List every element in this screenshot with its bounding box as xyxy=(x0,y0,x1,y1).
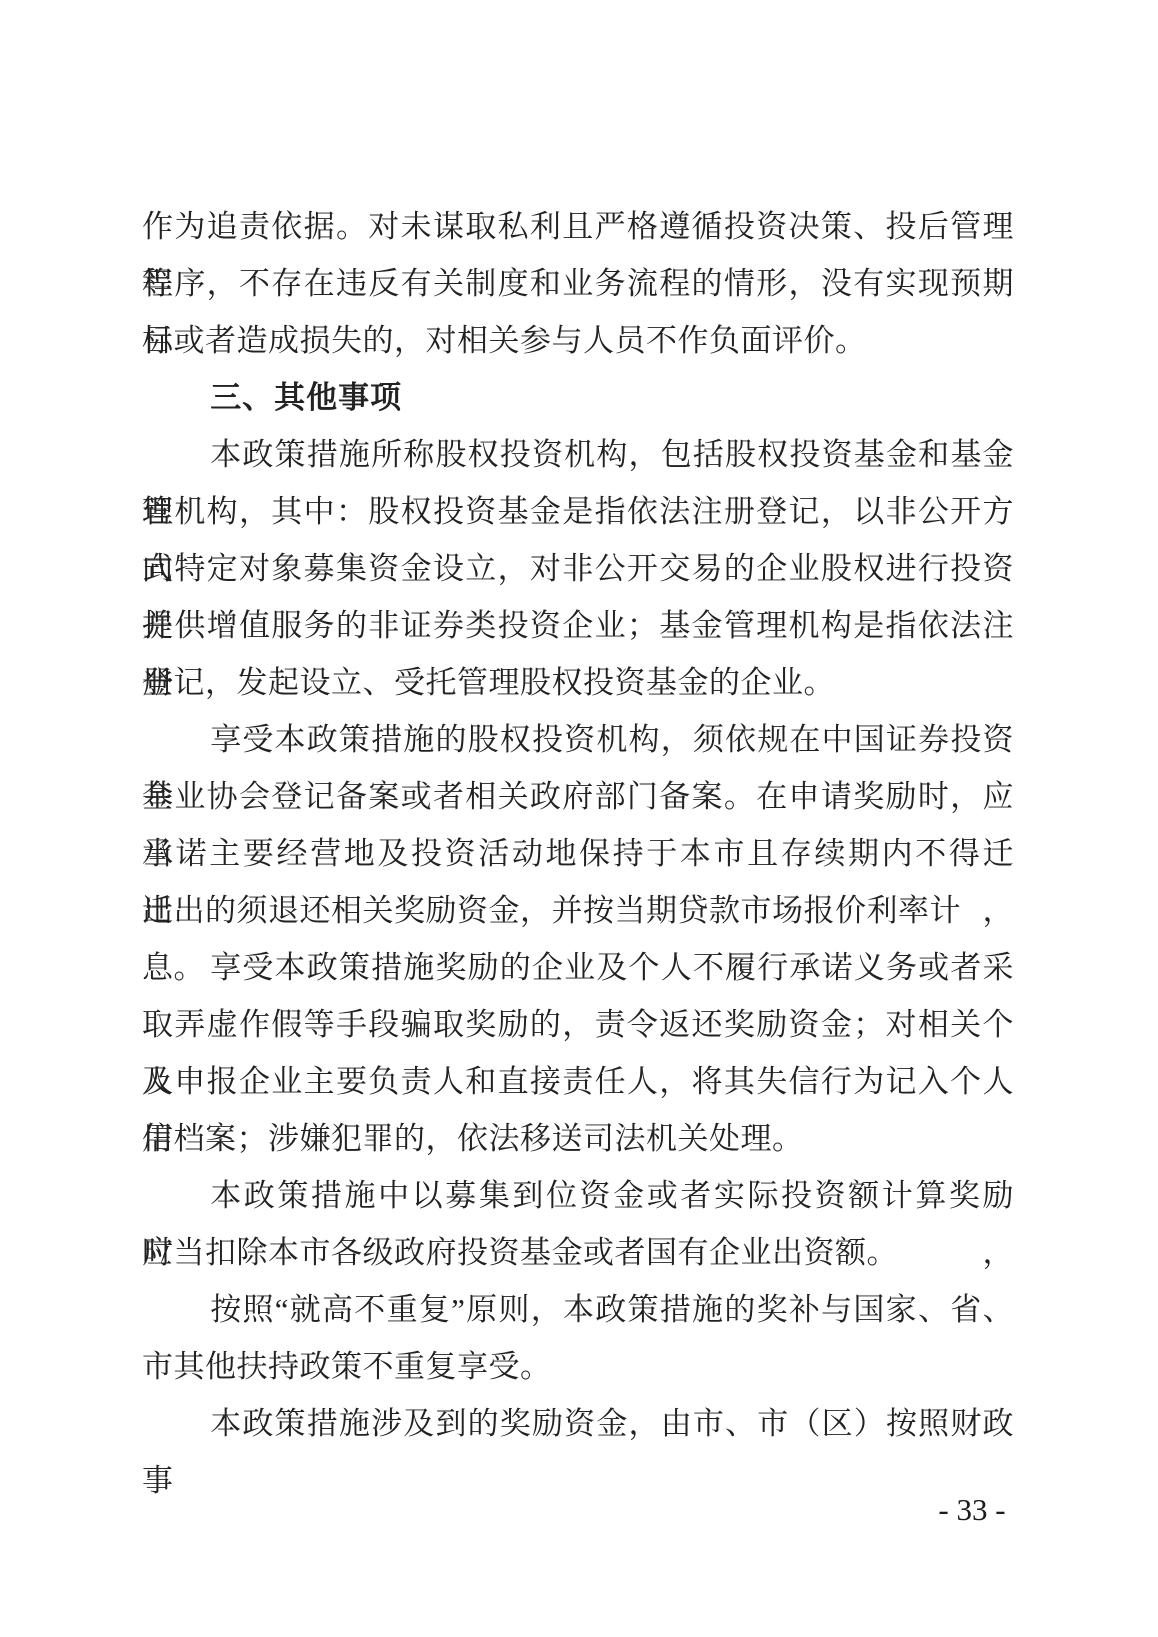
page-number: - 33 - xyxy=(930,1490,1014,1530)
text-line: 作为追责依据。对未谋取私利且严格遵循投资决策、投后管理等 xyxy=(142,198,1014,255)
text-line: 应当扣除本市各级政府投资基金或者国有企业出资额。 xyxy=(142,1224,1014,1281)
text-line: 金业协会登记备案或者相关政府部门备案。在申请奖励时，应当 xyxy=(142,768,1014,825)
text-line: 及申报企业主要负责人和直接责任人，将其失信行为记入个人信 xyxy=(142,1053,1014,1110)
document-body: 作为追责依据。对未谋取私利且严格遵循投资决策、投后管理等程序，不存在违反有关制度… xyxy=(142,198,1014,1452)
text-line: 理机构，其中：股权投资基金是指依法注册登记，以非公开方式 xyxy=(142,483,1014,540)
text-line: 登记，发起设立、受托管理股权投资基金的企业。 xyxy=(142,654,1014,711)
text-line: 提供增值服务的非证券类投资企业；基金管理机构是指依法注册 xyxy=(142,597,1014,654)
text-line: 向特定对象募集资金设立，对非公开交易的企业股权进行投资并 xyxy=(142,540,1014,597)
text-line: 取弄虚作假等手段骗取奖励的，责令返还奖励资金；对相关个人 xyxy=(142,996,1014,1053)
text-line: 按照“就高不重复”原则，本政策措施的奖补与国家、省、 xyxy=(142,1281,1014,1338)
text-line: 享受本政策措施的股权投资机构，须依规在中国证券投资基 xyxy=(142,711,1014,768)
text-line: 本政策措施所称股权投资机构，包括股权投资基金和基金管 xyxy=(142,426,1014,483)
section-heading: 三、其他事项 xyxy=(142,369,1014,426)
text-line: 本政策措施涉及到的奖励资金，由市、市（区）按照财政事 xyxy=(142,1395,1014,1452)
text-line: 本政策措施中以募集到位资金或者实际投资额计算奖励时， xyxy=(142,1167,1014,1224)
text-line: 承诺主要经营地及投资活动地保持于本市且存续期内不得迁出， xyxy=(142,825,1014,882)
text-line: 迁出的须退还相关奖励资金，并按当期贷款市场报价利率计息。 xyxy=(142,882,1014,939)
text-line: 用档案；涉嫌犯罪的，依法移送司法机关处理。 xyxy=(142,1110,1014,1167)
text-line: 享受本政策措施奖励的企业及个人不履行承诺义务或者采 xyxy=(142,939,1014,996)
text-line: 标或者造成损失的，对相关参与人员不作负面评价。 xyxy=(142,312,1014,369)
text-line: 市其他扶持政策不重复享受。 xyxy=(142,1338,1014,1395)
document-page: 作为追责依据。对未谋取私利且严格遵循投资决策、投后管理等程序，不存在违反有关制度… xyxy=(0,0,1158,1637)
text-line: 程序，不存在违反有关制度和业务流程的情形，没有实现预期目 xyxy=(142,255,1014,312)
